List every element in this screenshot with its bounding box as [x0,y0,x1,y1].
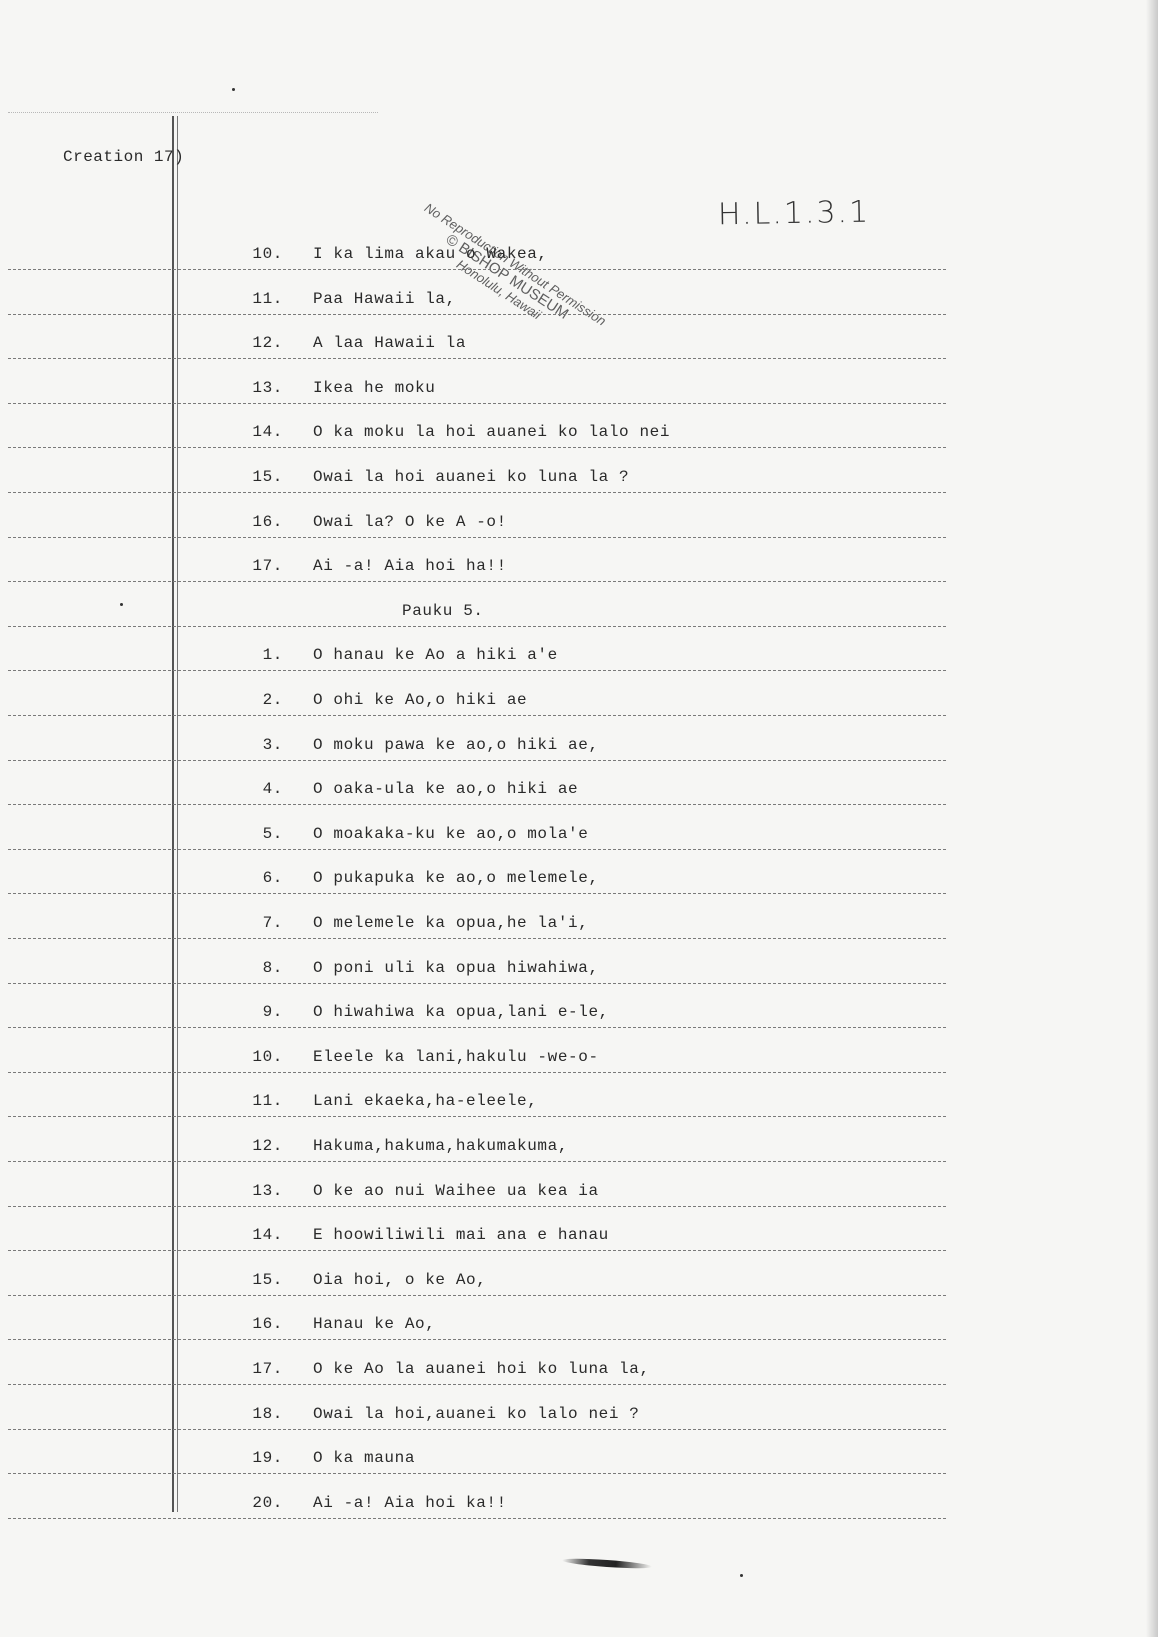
ruled-line [8,447,946,448]
margin-rule-secondary [177,116,178,1512]
line-number: 13. [243,379,283,397]
line-text: Owai la hoi,auanei ko lalo nei ? [313,1405,639,1423]
line-number: 11. [243,290,283,308]
line-text: O ke Ao la auanei hoi ko luna la, [313,1360,650,1378]
page-title: Creation 17) [63,148,184,166]
ruled-line [8,1384,946,1385]
line-number: 17. [243,1360,283,1378]
ruled-line [8,1116,946,1117]
line-text: O melemele ka opua,he la'i, [313,914,588,932]
top-dotted-mark [8,112,378,113]
ruled-line [8,1429,946,1430]
ruled-line [8,537,946,538]
line-number: 1. [243,646,283,664]
line-text: O ka moku la hoi auanei ko lalo nei [313,423,670,441]
line-text: O ohi ke Ao,o hiki ae [313,691,527,709]
line-text: Ikea he moku [313,379,435,397]
line-text: I ka lima akau o Wakea, [313,245,548,263]
ruled-line [8,670,946,671]
line-text: Hanau ke Ao, [313,1315,435,1333]
ruled-line [8,358,946,359]
line-text: Owai la hoi auanei ko luna la ? [313,468,629,486]
line-number: 14. [243,1226,283,1244]
line-number: 10. [243,1048,283,1066]
line-text: O hiwahiwa ka opua,lani e-le, [313,1003,609,1021]
ruled-line [8,1339,946,1340]
ruled-line [8,581,946,582]
ruled-line [8,1295,946,1296]
line-text: O ka mauna [313,1449,415,1467]
ruled-line [8,626,946,627]
ruled-line [8,1027,946,1028]
ruled-line [8,1473,946,1474]
line-number: 12. [243,334,283,352]
line-number: 16. [243,513,283,531]
line-number: 14. [243,423,283,441]
line-number: 4. [243,780,283,798]
line-text: Owai la? O ke A -o! [313,513,507,531]
line-text: E hoowiliwili mai ana e hanau [313,1226,609,1244]
ruled-line [8,983,946,984]
line-text: Ai -a! Aia hoi ha!! [313,557,507,575]
line-text: O oaka-ula ke ao,o hiki ae [313,780,578,798]
line-text: O hanau ke Ao a hiki a'e [313,646,558,664]
ruled-line [8,938,946,939]
line-text: Ai -a! Aia hoi ka!! [313,1494,507,1512]
ruled-line [8,1250,946,1251]
ink-smudge [562,1557,652,1570]
line-text: A laa Hawaii la [313,334,466,352]
line-text: O pukapuka ke ao,o melemele, [313,869,599,887]
line-number: 5. [243,825,283,843]
ruled-line [8,492,946,493]
line-number: 19. [243,1449,283,1467]
line-number: 6. [243,869,283,887]
line-text: Oia hoi, o ke Ao, [313,1271,486,1289]
ruled-line [8,804,946,805]
ruled-line [8,715,946,716]
line-text: O ke ao nui Waihee ua kea ia [313,1182,599,1200]
line-number: 15. [243,468,283,486]
margin-rule [172,116,174,1512]
ink-speck [232,88,235,91]
ruled-line [8,1072,946,1073]
ruled-line [8,269,946,270]
line-number: 15. [243,1271,283,1289]
line-text: O moakaka-ku ke ao,o mola'e [313,825,588,843]
line-number: 13. [243,1182,283,1200]
ruled-line [8,1161,946,1162]
line-number: 2. [243,691,283,709]
handwritten-catalog-code: H.L.1.3.1 [718,195,871,233]
line-number: 11. [243,1092,283,1110]
line-text: Lani ekaeka,ha-eleele, [313,1092,537,1110]
ruled-line [8,403,946,404]
ink-speck [740,1574,743,1577]
ink-speck [120,603,123,606]
line-number: 12. [243,1137,283,1155]
copyright-stamp: No Reproduction Without Permission © BIS… [405,200,608,354]
line-number: 10. [243,245,283,263]
line-text: O poni uli ka opua hiwahiwa, [313,959,599,977]
scan-edge-shadow [1146,0,1158,1637]
ruled-line [8,1206,946,1207]
ruled-line [8,849,946,850]
line-text: O moku pawa ke ao,o hiki ae, [313,736,599,754]
ruled-line [8,893,946,894]
ruled-line [8,1518,946,1519]
section-heading: Pauku 5. [402,602,484,620]
line-number: 18. [243,1405,283,1423]
line-number: 16. [243,1315,283,1333]
line-text: Paa Hawaii la, [313,290,456,308]
line-text: Hakuma,hakuma,hakumakuma, [313,1137,568,1155]
ruled-line [8,314,946,315]
line-number: 7. [243,914,283,932]
line-text: Eleele ka lani,hakulu -we-o- [313,1048,599,1066]
line-number: 9. [243,1003,283,1021]
line-number: 20. [243,1494,283,1512]
ruled-line [8,760,946,761]
line-number: 17. [243,557,283,575]
line-number: 3. [243,736,283,754]
line-number: 8. [243,959,283,977]
stamp-line-2: © BISHOP MUSEUM [414,213,601,342]
